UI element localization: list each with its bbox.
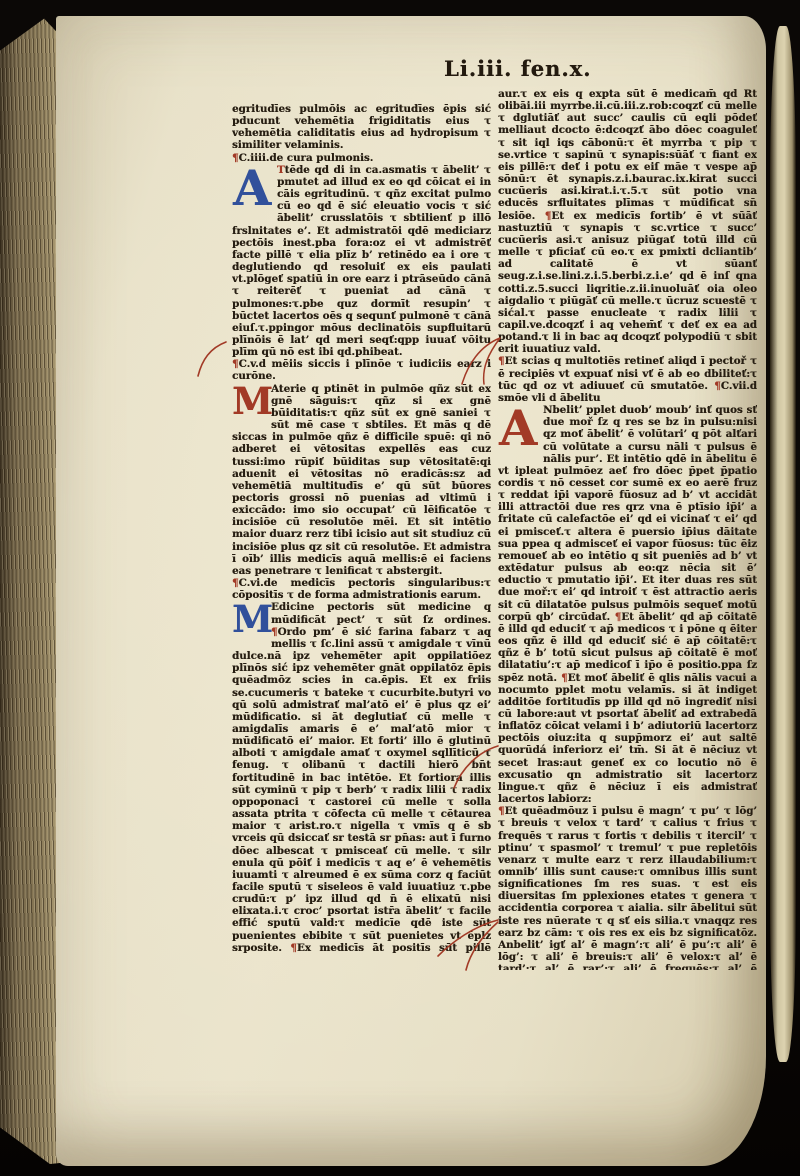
text-run: C.vi.de medicīs pectoris singularibus:τ …	[232, 577, 491, 601]
text-run: T	[277, 164, 285, 176]
text-run: Et quēadmōuz ī pulsu ē magn’ τ pu’ τ lōg…	[498, 805, 757, 970]
text-run: Aterie q ptinēt in pulmōe qñz sūt ex gnē…	[232, 383, 491, 577]
chapter-heading-c5: ¶C.v.d mēiis siccis i plīnōe τ iudiciis …	[232, 358, 491, 382]
text-column-right: aur.τ ex eis q expta sūt ē medicam̄ qd R…	[498, 88, 757, 970]
book-page: Li.iii. fen.x. egritudīes pulmōis ac egr…	[56, 16, 766, 1166]
drop-cap-blue-A: A	[232, 165, 272, 213]
text-run: Ordo pm’ ē sić farina fabarz τ aq mellis…	[232, 626, 491, 954]
text-run: aur.τ ex eis q expta sūt ē medicam̄ qd R…	[498, 88, 757, 222]
text-run: Edicine pectoris sūt medicine q mūdificā…	[271, 601, 491, 625]
running-title: Li.iii. fen.x.	[444, 56, 591, 81]
chapter-c5-paragraph: MAterie q ptinēt in pulmōe qñz sūt ex gn…	[232, 383, 491, 578]
drop-cap-blue-M: M	[232, 602, 266, 638]
drop-cap-red-A: A	[498, 405, 538, 453]
paragraph-continuation: aur.τ ex eis q expta sūt ē medicam̄ qd R…	[498, 88, 757, 355]
paragraph-continuation: egritudīes pulmōis ac egritudīes ēpis si…	[232, 103, 491, 152]
text-run: Et ex medicīs fortib’ ē vt sūāť nastuzti…	[498, 210, 757, 356]
book-photo: Li.iii. fen.x. egritudīes pulmōis ac egr…	[0, 0, 800, 1176]
drop-cap-red-M: M	[232, 384, 266, 420]
paragraph-et-scias: ¶Et scias q multotiēs retineť aliqd ī pe…	[498, 355, 757, 404]
text-run: C.v.d mēiis siccis i plīnōe τ iudiciis e…	[232, 358, 491, 382]
chapter-heading-c4: ¶C.iiii.de cura pulmonis.	[232, 152, 491, 164]
next-page-edge	[770, 26, 796, 1062]
text-run: Et moť ābeliť ē qlis nālis vacui a nocum…	[498, 672, 757, 806]
chapter-heading-c6: ¶C.vi.de medicīs pectoris singularibus:τ…	[232, 577, 491, 601]
paragraph-pulse-kinds: ¶Et quēadmōuz ī pulsu ē magn’ τ pu’ τ lō…	[498, 805, 757, 970]
chapter-c6-paragraph: MEdicine pectoris sūt medicine q mūdific…	[232, 601, 491, 955]
text-column-left: egritudīes pulmōis ac egritudīes ēpis si…	[232, 103, 491, 955]
chapter-c4-paragraph: ATtēde qd di in ca.asmatis τ ābelit’ τ p…	[232, 164, 491, 359]
text-run: C.iiii.de cura pulmonis.	[239, 152, 374, 164]
chapter-c7-paragraph: ANbelit’ pplet duob’ moub’ inť quos sť d…	[498, 404, 757, 805]
text-run: egritudīes pulmōis ac egritudīes ēpis si…	[232, 103, 491, 151]
